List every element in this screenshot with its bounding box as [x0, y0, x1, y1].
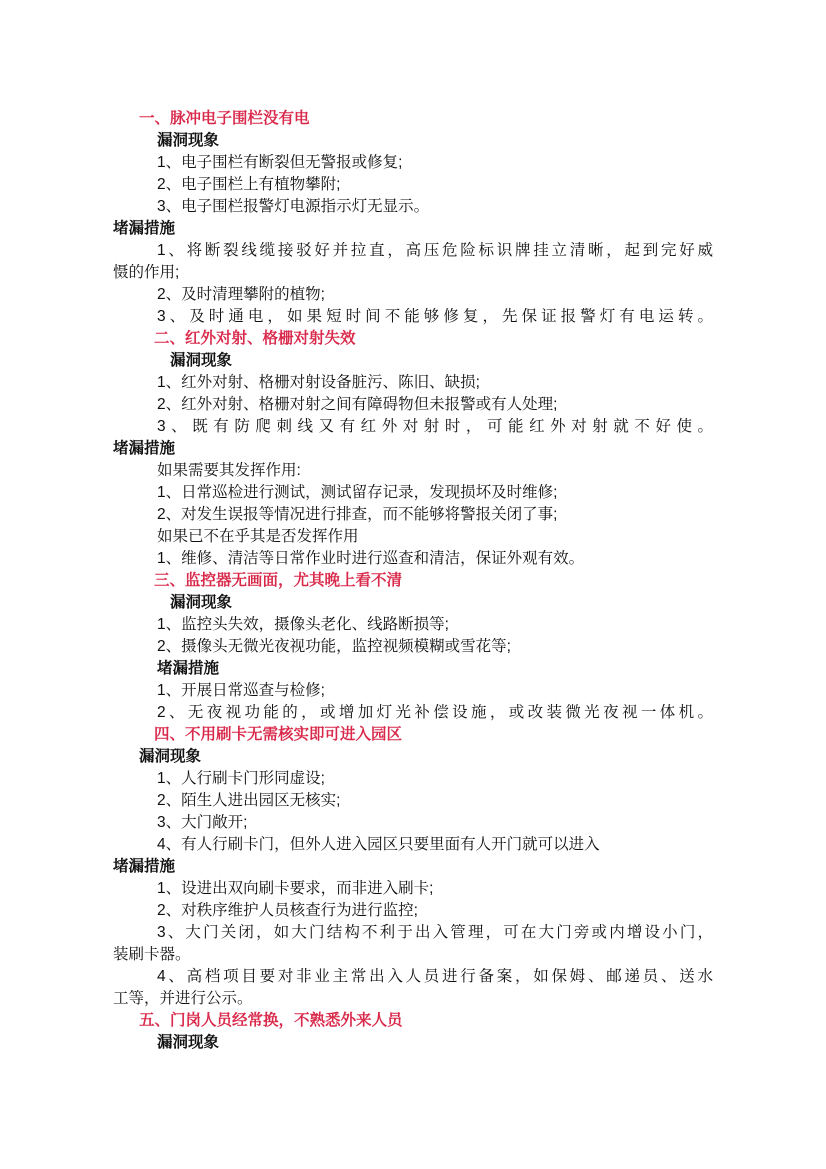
paragraph-line: 1、开展日常巡查与检修;	[157, 680, 713, 702]
paragraph-line: 3、大门关闭，如大门结构不利于出入管理，可在大门旁或内增设小门，	[157, 922, 713, 944]
document-page: 一、脉冲电子围栏没有电漏洞现象1、电子围栏有断裂但无警报或修复;2、电子围栏上有…	[0, 0, 826, 1169]
paragraph-line: 如果需要其发挥作用:	[157, 460, 713, 482]
section-heading: 三、监控器无画面，尤其晚上看不清	[154, 570, 713, 592]
subheading: 堵漏措施	[157, 658, 713, 680]
subheading: 漏洞现象	[157, 130, 713, 152]
subheading: 堵漏措施	[113, 438, 713, 460]
document-section: 五、门岗人员经常换，不熟悉外来人员漏洞现象	[113, 1010, 713, 1054]
paragraph-line: 慑的作用;	[113, 262, 713, 284]
paragraph-line: 3、既有防爬刺线又有红外对射时，可能红外对射就不好使。	[157, 416, 713, 438]
subheading: 漏洞现象	[170, 350, 713, 372]
paragraph-line: 2、无夜视功能的，或增加灯光补偿设施，或改装微光夜视一体机。	[157, 702, 713, 724]
subheading: 漏洞现象	[157, 1032, 713, 1054]
paragraph-line: 4、有人行刷卡门，但外人进入园区只要里面有人开门就可以进入	[157, 834, 713, 856]
paragraph-line: 装刷卡器。	[113, 944, 713, 966]
section-heading: 五、门岗人员经常换，不熟悉外来人员	[139, 1010, 713, 1032]
paragraph-line: 1、设进出双向刷卡要求，而非进入刷卡;	[157, 878, 713, 900]
document-section: 四、不用刷卡无需核实即可进入园区漏洞现象1、人行刷卡门形同虚设;2、陌生人进出园…	[113, 724, 713, 1010]
subheading: 堵漏措施	[113, 856, 713, 878]
paragraph-line: 如果已不在乎其是否发挥作用	[157, 526, 713, 548]
section-heading: 四、不用刷卡无需核实即可进入园区	[154, 724, 713, 746]
subheading: 堵漏措施	[113, 218, 713, 240]
paragraph-line: 2、对发生误报等情况进行排查，而不能够将警报关闭了事;	[157, 504, 713, 526]
paragraph-line: 1、将断裂线缆接驳好并拉直，高压危险标识牌挂立清晰，起到完好威	[157, 240, 713, 262]
paragraph-line: 1、维修、清洁等日常作业时进行巡查和清洁，保证外观有效。	[157, 548, 713, 570]
paragraph-line: 2、电子围栏上有植物攀附;	[157, 174, 713, 196]
paragraph-line: 3、及时通电，如果短时间不能够修复，先保证报警灯有电运转。	[157, 306, 713, 328]
paragraph-line: 1、红外对射、格栅对射设备脏污、陈旧、缺损;	[157, 372, 713, 394]
document-section: 二、红外对射、格栅对射失效漏洞现象1、红外对射、格栅对射设备脏污、陈旧、缺损;2…	[113, 328, 713, 570]
paragraph-line: 工等，并进行公示。	[113, 988, 713, 1010]
paragraph-line: 2、对秩序维护人员核查行为进行监控;	[157, 900, 713, 922]
document-section: 一、脉冲电子围栏没有电漏洞现象1、电子围栏有断裂但无警报或修复;2、电子围栏上有…	[113, 108, 713, 328]
section-heading: 二、红外对射、格栅对射失效	[154, 328, 713, 350]
paragraph-line: 1、电子围栏有断裂但无警报或修复;	[157, 152, 713, 174]
paragraph-line: 1、监控头失效，摄像头老化、线路断损等;	[157, 614, 713, 636]
subheading: 漏洞现象	[170, 592, 713, 614]
paragraph-line: 2、陌生人进出园区无核实;	[157, 790, 713, 812]
paragraph-line: 2、及时清理攀附的植物;	[157, 284, 713, 306]
paragraph-line: 3、大门敞开;	[157, 812, 713, 834]
paragraph-line: 1、人行刷卡门形同虚设;	[157, 768, 713, 790]
paragraph-line: 2、摄像头无微光夜视功能，监控视频模糊或雪花等;	[157, 636, 713, 658]
subheading: 漏洞现象	[139, 746, 713, 768]
paragraph-line: 2、红外对射、格栅对射之间有障碍物但未报警或有人处理;	[157, 394, 713, 416]
paragraph-line: 1、日常巡检进行测试，测试留存记录，发现损坏及时维修;	[157, 482, 713, 504]
document-body: 一、脉冲电子围栏没有电漏洞现象1、电子围栏有断裂但无警报或修复;2、电子围栏上有…	[113, 108, 713, 1054]
paragraph-line: 3、电子围栏报警灯电源指示灯无显示。	[157, 196, 713, 218]
document-section: 三、监控器无画面，尤其晚上看不清漏洞现象1、监控头失效，摄像头老化、线路断损等;…	[113, 570, 713, 724]
section-heading: 一、脉冲电子围栏没有电	[139, 108, 713, 130]
paragraph-line: 4、高档项目要对非业主常出入人员进行备案，如保姆、邮递员、送水	[157, 966, 713, 988]
